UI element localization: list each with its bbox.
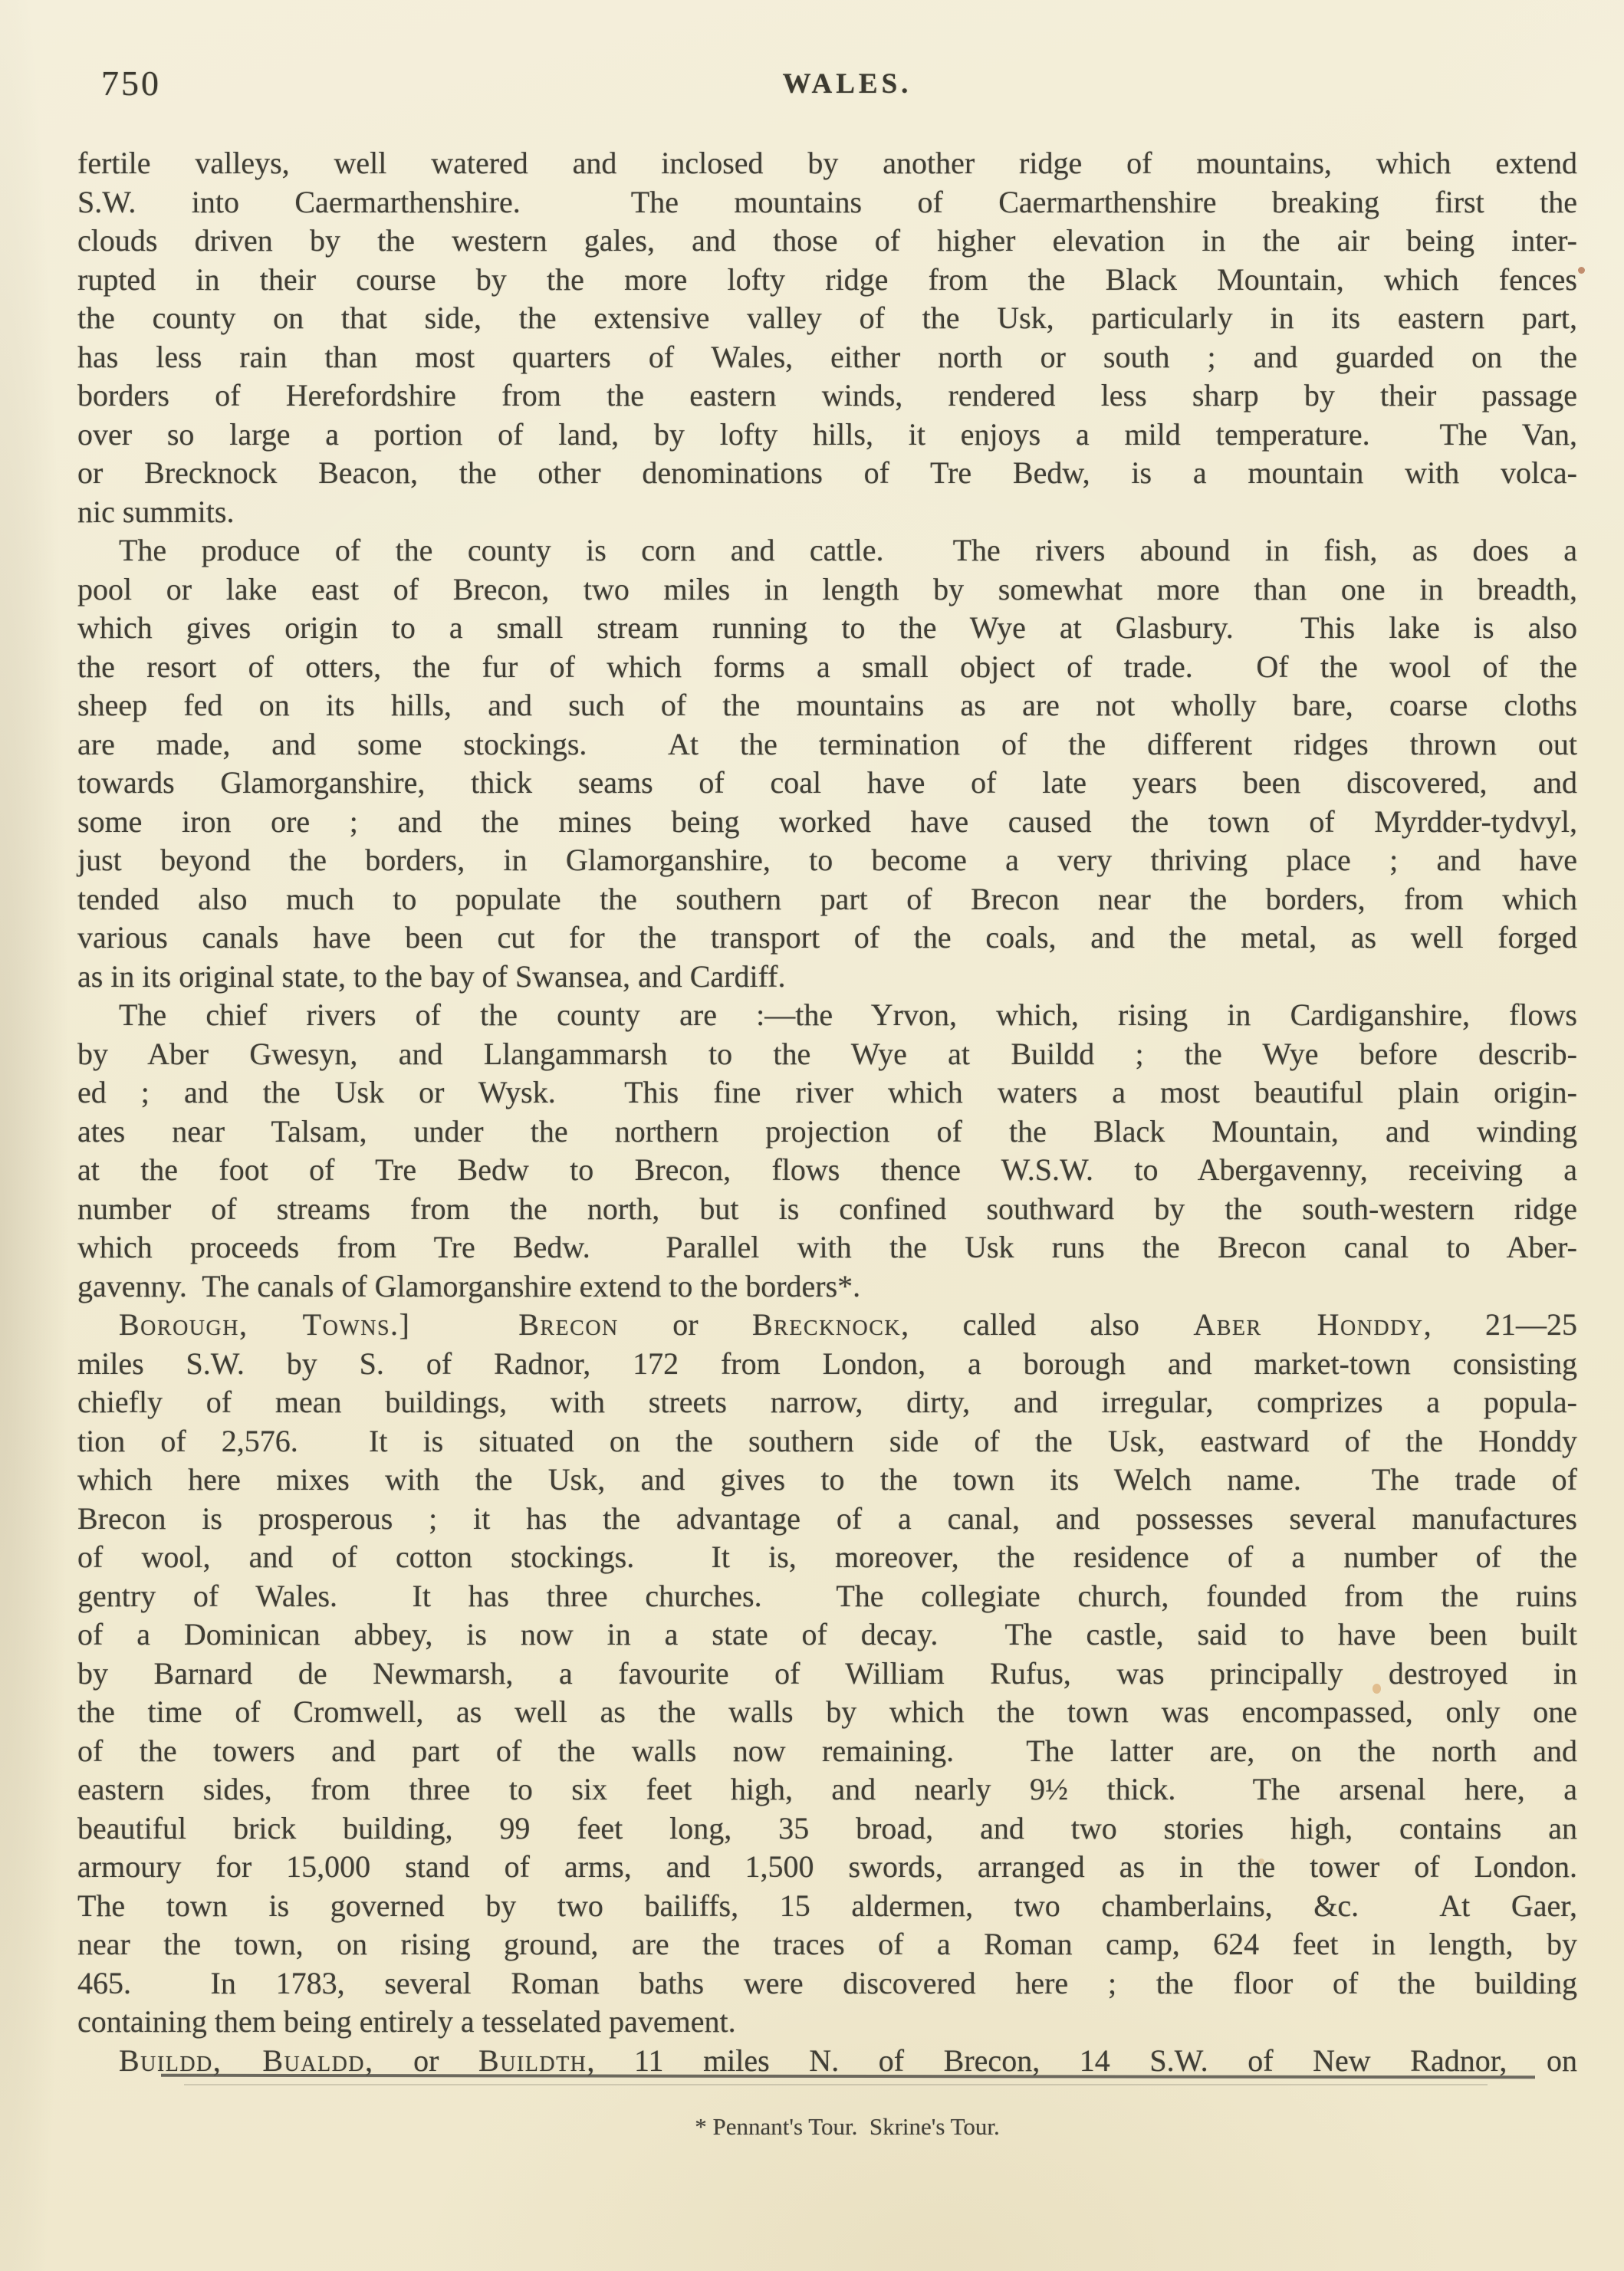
text-line: which gives origin to a small stream run… (77, 609, 1577, 648)
text-line: ates near Talsam, under the northern pro… (77, 1112, 1577, 1152)
book-page: 750 WALES. fertile valleys, well watered… (0, 0, 1624, 2271)
text-line: are made, and some stockings. At the ter… (77, 725, 1577, 764)
text-segment: , 11 miles N. of Brecon, 14 S.W. of New … (587, 2043, 1577, 2078)
small-caps-text: Buildd, Bualdd, (119, 2043, 374, 2078)
text-line: as in its original state, to the bay of … (77, 958, 1577, 997)
paragraph: fertile valleys, well watered and inclos… (77, 144, 1577, 531)
text-line: gentry of Wales. It has three churches. … (77, 1577, 1577, 1616)
small-caps-text: Borough, Towns.] (119, 1307, 410, 1342)
text-segment: , 21—25 (1424, 1307, 1577, 1342)
text-line: at the foot of Tre Bedw to Brecon, flows… (77, 1151, 1577, 1190)
small-caps-text: Brecknock (752, 1307, 901, 1342)
text-line: eastern sides, from three to six feet hi… (77, 1770, 1577, 1809)
paper-speck (1258, 1859, 1264, 1865)
small-caps-text: Brecon (518, 1307, 619, 1342)
paragraph: Borough, Towns.] Brecon or Brecknock, ca… (77, 1306, 1577, 2042)
text-line: gavenny. The canals of Glamorganshire ex… (77, 1267, 1577, 1306)
text-segment: or (374, 2043, 478, 2078)
text-line: Borough, Towns.] Brecon or Brecknock, ca… (77, 1306, 1577, 1345)
text-line: fertile valleys, well watered and inclos… (77, 144, 1577, 183)
text-line: some iron ore ; and the mines being work… (77, 803, 1577, 842)
footnote: * Pennant's Tour. Skrine's Tour. (71, 2113, 1624, 2141)
text-line: the resort of otters, the fur of which f… (77, 648, 1577, 687)
text-line: borders of Herefordshire from the easter… (77, 376, 1577, 416)
paper-speck (1373, 1684, 1381, 1694)
page-body: fertile valleys, well watered and inclos… (77, 144, 1577, 2080)
small-caps-text: Buildth (478, 2043, 587, 2078)
text-line: clouds driven by the western gales, and … (77, 222, 1577, 261)
text-line: number of streams from the north, but is… (77, 1190, 1577, 1229)
text-line: by Barnard de Newmarsh, a favourite of W… (77, 1655, 1577, 1694)
text-line: has less rain than most quarters of Wale… (77, 338, 1577, 377)
text-line: ed ; and the Usk or Wysk. This fine rive… (77, 1073, 1577, 1112)
text-line: The produce of the county is corn and ca… (77, 531, 1577, 570)
small-caps-text: Aber Honddy (1193, 1307, 1423, 1342)
text-line: pool or lake east of Brecon, two miles i… (77, 570, 1577, 610)
text-line: nic summits. (77, 493, 1577, 532)
running-title: WALES. (71, 67, 1624, 100)
paper-speck (1578, 267, 1585, 274)
text-line: towards Glamorganshire, thick seams of c… (77, 764, 1577, 803)
text-line: rupted in their course by the more lofty… (77, 261, 1577, 300)
text-line: tended also much to populate the souther… (77, 880, 1577, 919)
text-line: S.W. into Caermarthenshire. The mountain… (77, 183, 1577, 222)
text-segment: or (619, 1307, 752, 1342)
text-segment: , called also (901, 1307, 1193, 1342)
text-line: of wool, and of cotton stockings. It is,… (77, 1538, 1577, 1577)
text-line: chiefly of mean buildings, with streets … (77, 1383, 1577, 1422)
text-line: The town is governed by two bailiffs, 15… (77, 1887, 1577, 1926)
text-line: 465. In 1783, several Roman baths were d… (77, 1964, 1577, 2003)
text-line: which proceeds from Tre Bedw. Parallel w… (77, 1228, 1577, 1267)
text-line: armoury for 15,000 stand of arms, and 1,… (77, 1848, 1577, 1887)
text-line: the county on that side, the extensive v… (77, 299, 1577, 338)
text-line: miles S.W. by S. of Radnor, 172 from Lon… (77, 1345, 1577, 1384)
text-line: sheep fed on its hills, and such of the … (77, 686, 1577, 725)
text-line: of a Dominican abbey, is now in a state … (77, 1615, 1577, 1655)
text-line: by Aber Gwesyn, and Llangammarsh to the … (77, 1035, 1577, 1074)
paragraph: The chief rivers of the county are :—the… (77, 996, 1577, 1306)
text-line: the time of Cromwell, as well as the wal… (77, 1693, 1577, 1732)
text-line: beautiful brick building, 99 feet long, … (77, 1809, 1577, 1849)
text-line: over so large a portion of land, by loft… (77, 416, 1577, 455)
text-line: or Brecknock Beacon, the other denominat… (77, 454, 1577, 493)
text-line: just beyond the borders, in Glamorganshi… (77, 841, 1577, 880)
text-line: which here mixes with the Usk, and gives… (77, 1461, 1577, 1500)
text-line: tion of 2,576. It is situated on the sou… (77, 1422, 1577, 1461)
text-line: of the towers and part of the walls now … (77, 1732, 1577, 1771)
text-line: containing them being entirely a tessela… (77, 2003, 1577, 2042)
text-line: various canals have been cut for the tra… (77, 919, 1577, 958)
text-line: The chief rivers of the county are :—the… (77, 996, 1577, 1035)
paragraph: The produce of the county is corn and ca… (77, 531, 1577, 996)
text-line: near the town, on rising ground, are the… (77, 1925, 1577, 1964)
text-segment (410, 1307, 518, 1342)
text-line: Brecon is prosperous ; it has the advant… (77, 1500, 1577, 1539)
footnote-rule-ghost (184, 2084, 1488, 2085)
